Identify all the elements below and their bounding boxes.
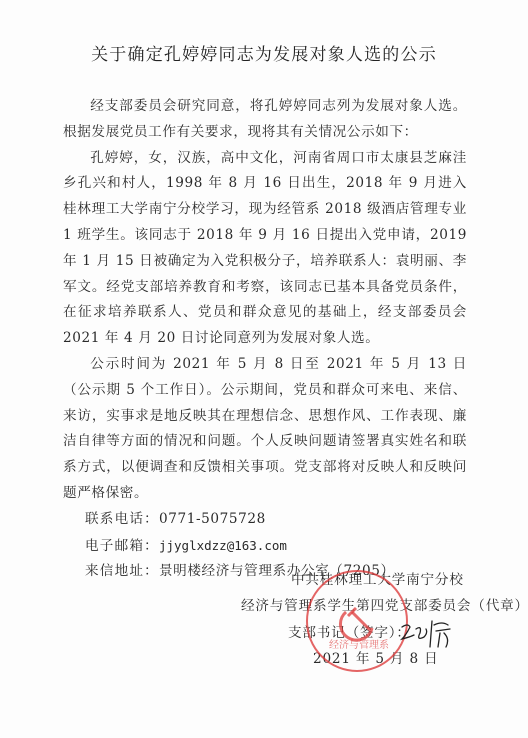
handwritten-signature-icon: [398, 617, 458, 651]
paragraph-publicity-period: 公示时间为 2021 年 5 月 8 日至 2021 年 5 月 13 日（公示…: [63, 352, 467, 507]
signature-organization: 中共桂林理工大学南宁分校: [291, 568, 464, 588]
document-body: 经支部委员会研究同意，将孔婷婷同志列为发展对象人选。根据发展党员工作有关要求，现…: [63, 94, 467, 585]
signature-branch: 经济与管理系学生第四党支部委员会（代章）: [241, 594, 528, 614]
contact-email: 电子邮箱：jjyglxdzz@163.com: [63, 533, 467, 560]
contact-address-label: 来信地址：: [85, 563, 159, 579]
document-title: 关于确定孔婷婷同志为发展对象人选的公示: [0, 40, 528, 65]
document-page: 关于确定孔婷婷同志为发展对象人选的公示 经支部委员会研究同意，将孔婷婷同志列为发…: [0, 0, 528, 738]
contact-phone-label: 联系电话：: [85, 511, 159, 527]
contact-phone: 联系电话：0771-5075728: [63, 507, 467, 533]
contact-phone-value: 0771-5075728: [159, 511, 266, 527]
contact-email-value: jjyglxdzz@163.com: [159, 538, 287, 553]
paragraph-intro: 经支部委员会研究同意，将孔婷婷同志列为发展对象人选。根据发展党员工作有关要求，现…: [63, 94, 467, 146]
paragraph-candidate-info: 孔婷婷，女，汉族，高中文化，河南省周口市太康县芝麻洼乡孔兴和村人，1998 年 …: [63, 146, 467, 352]
signature-secretary-label: 支部书记（签字）：: [288, 621, 411, 641]
contact-email-label: 电子邮箱：: [85, 538, 159, 554]
